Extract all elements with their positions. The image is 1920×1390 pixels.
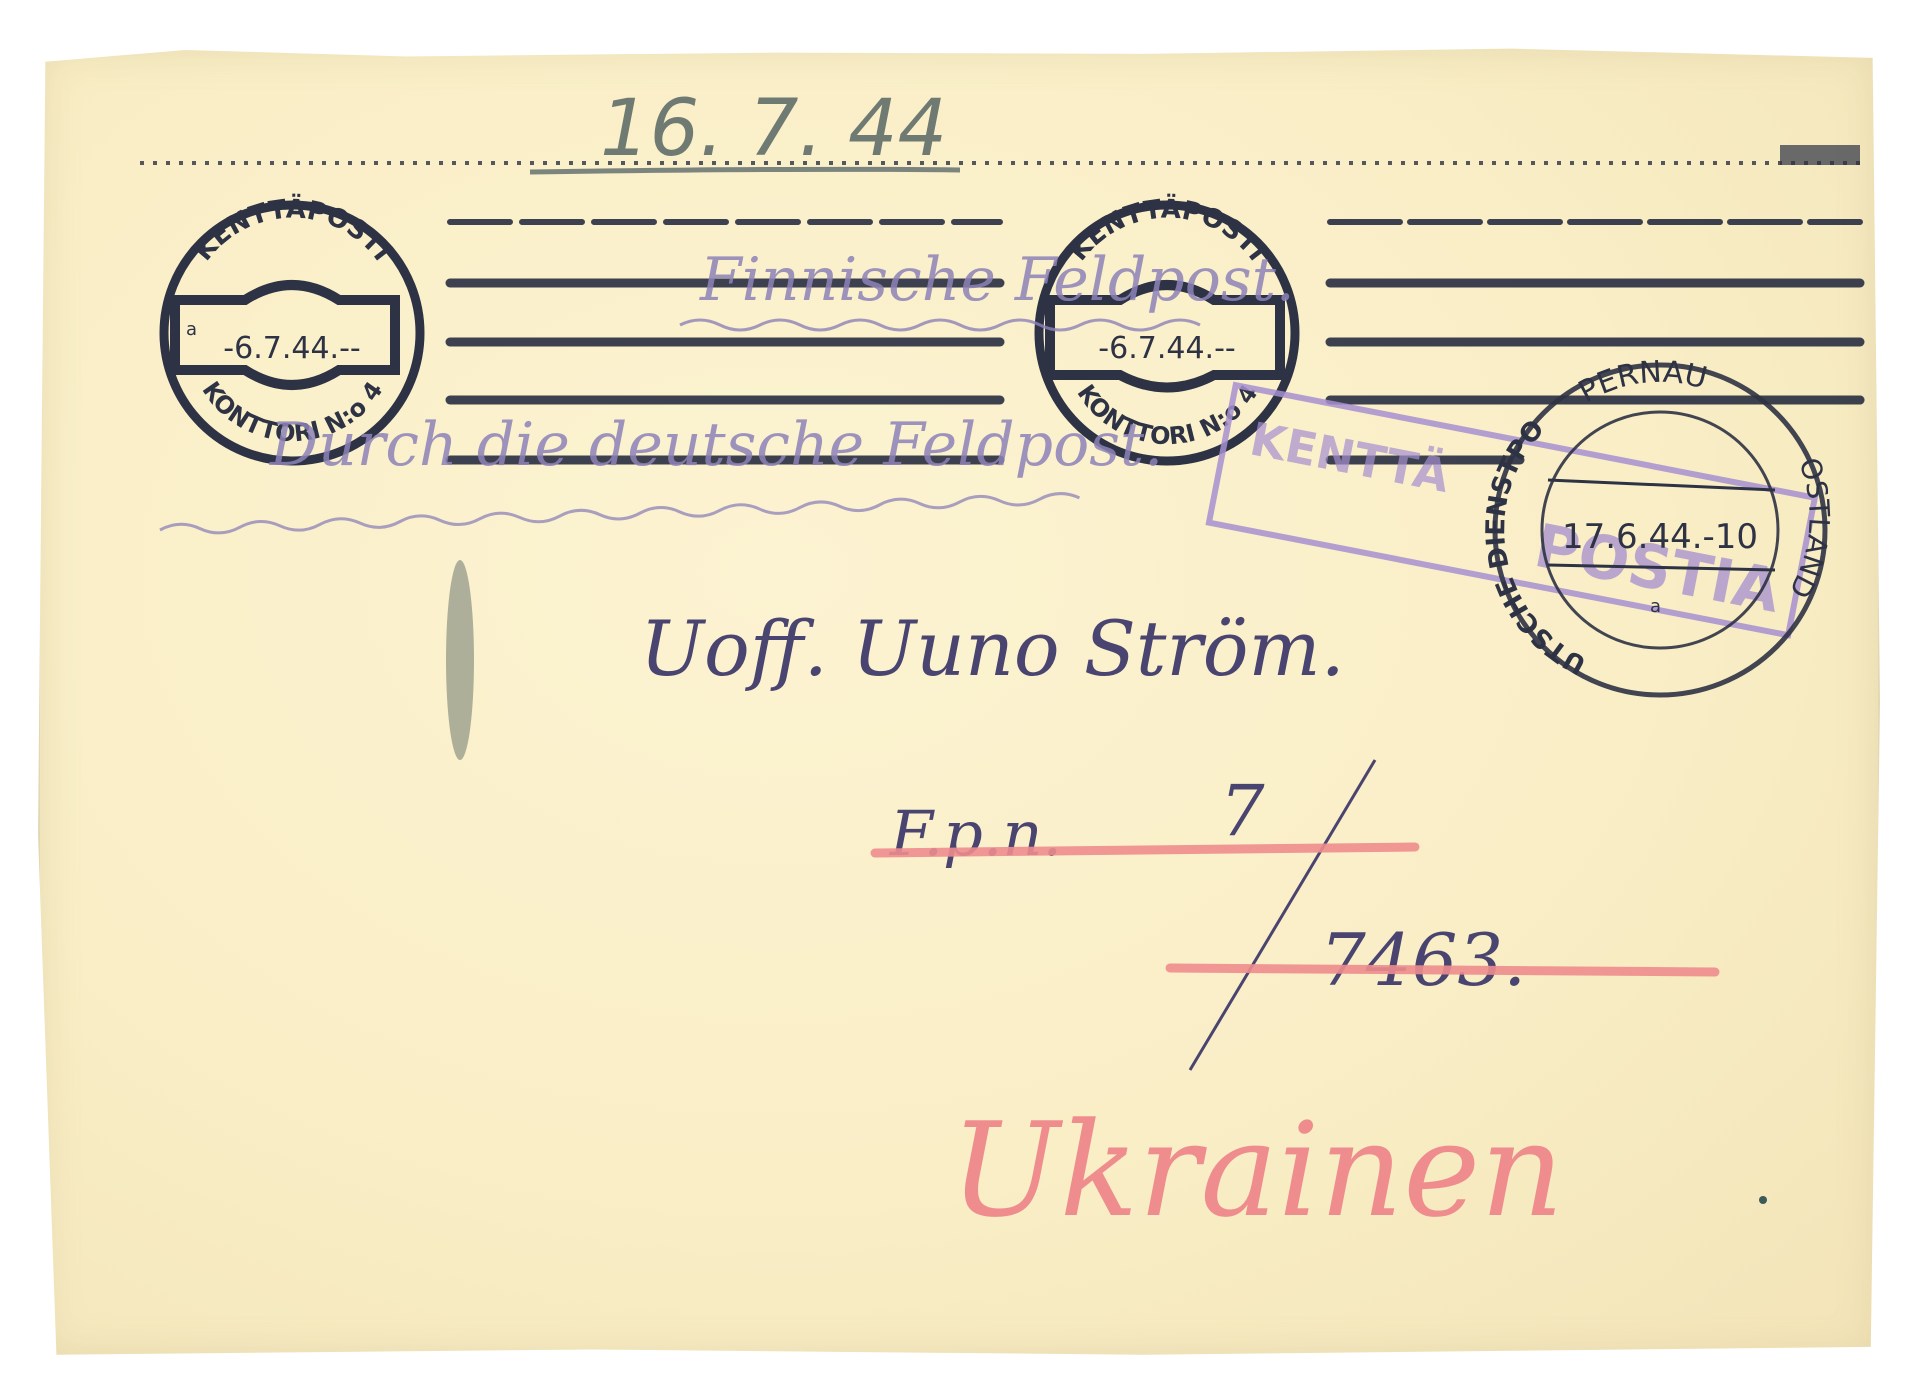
cancel-smudge [1780, 145, 1860, 165]
svg-text:7463.: 7463. [1320, 918, 1526, 1002]
red-strikethrough-1 [875, 847, 1415, 853]
svg-text:16. 7. 44: 16. 7. 44 [600, 84, 947, 174]
svg-text:Durch die deutsche Feldpost.: Durch die deutsche Feldpost. [269, 410, 1163, 480]
svg-text:a: a [186, 319, 197, 340]
svg-text:Finnische Feldpost.: Finnische Feldpost. [699, 245, 1295, 315]
slash-stroke [1190, 760, 1375, 1070]
svg-text:Uoff. Uuno Ström.: Uoff. Uuno Ström. [640, 604, 1345, 693]
svg-text:7: 7 [1220, 770, 1265, 852]
envelope-markings: KENTTÄPOSTI KONTTORI N:o 4 -6.7.44.-- a … [0, 0, 1920, 1390]
svg-text:a: a [1650, 596, 1661, 617]
recipient-address: Uoff. Uuno Ström. F.p.n. 7 7463. [640, 604, 1715, 1070]
svg-text:KENTTÄPOSTI: KENTTÄPOSTI [189, 193, 397, 267]
pencil-date: 16. 7. 44 [530, 84, 960, 174]
svg-text:-6.7.44.--: -6.7.44.-- [223, 331, 360, 366]
destination: Ukrainen [950, 1094, 1564, 1246]
svg-text:-6.7.44.--: -6.7.44.-- [1098, 331, 1235, 366]
svg-text:KENTTÄ: KENTTÄ [1246, 412, 1454, 504]
svg-text:17.6.44.-10: 17.6.44.-10 [1562, 517, 1758, 557]
red-strikethrough-2 [1170, 968, 1715, 972]
svg-text:OSTLAND: OSTLAND [1782, 454, 1835, 604]
violet-manuscript: Finnische Feldpost. Durch die deutsche F… [160, 245, 1295, 535]
ink-dot [1759, 1196, 1767, 1204]
pencil-smear [446, 560, 474, 760]
svg-text:F.p.n.: F.p.n. [889, 797, 1062, 870]
